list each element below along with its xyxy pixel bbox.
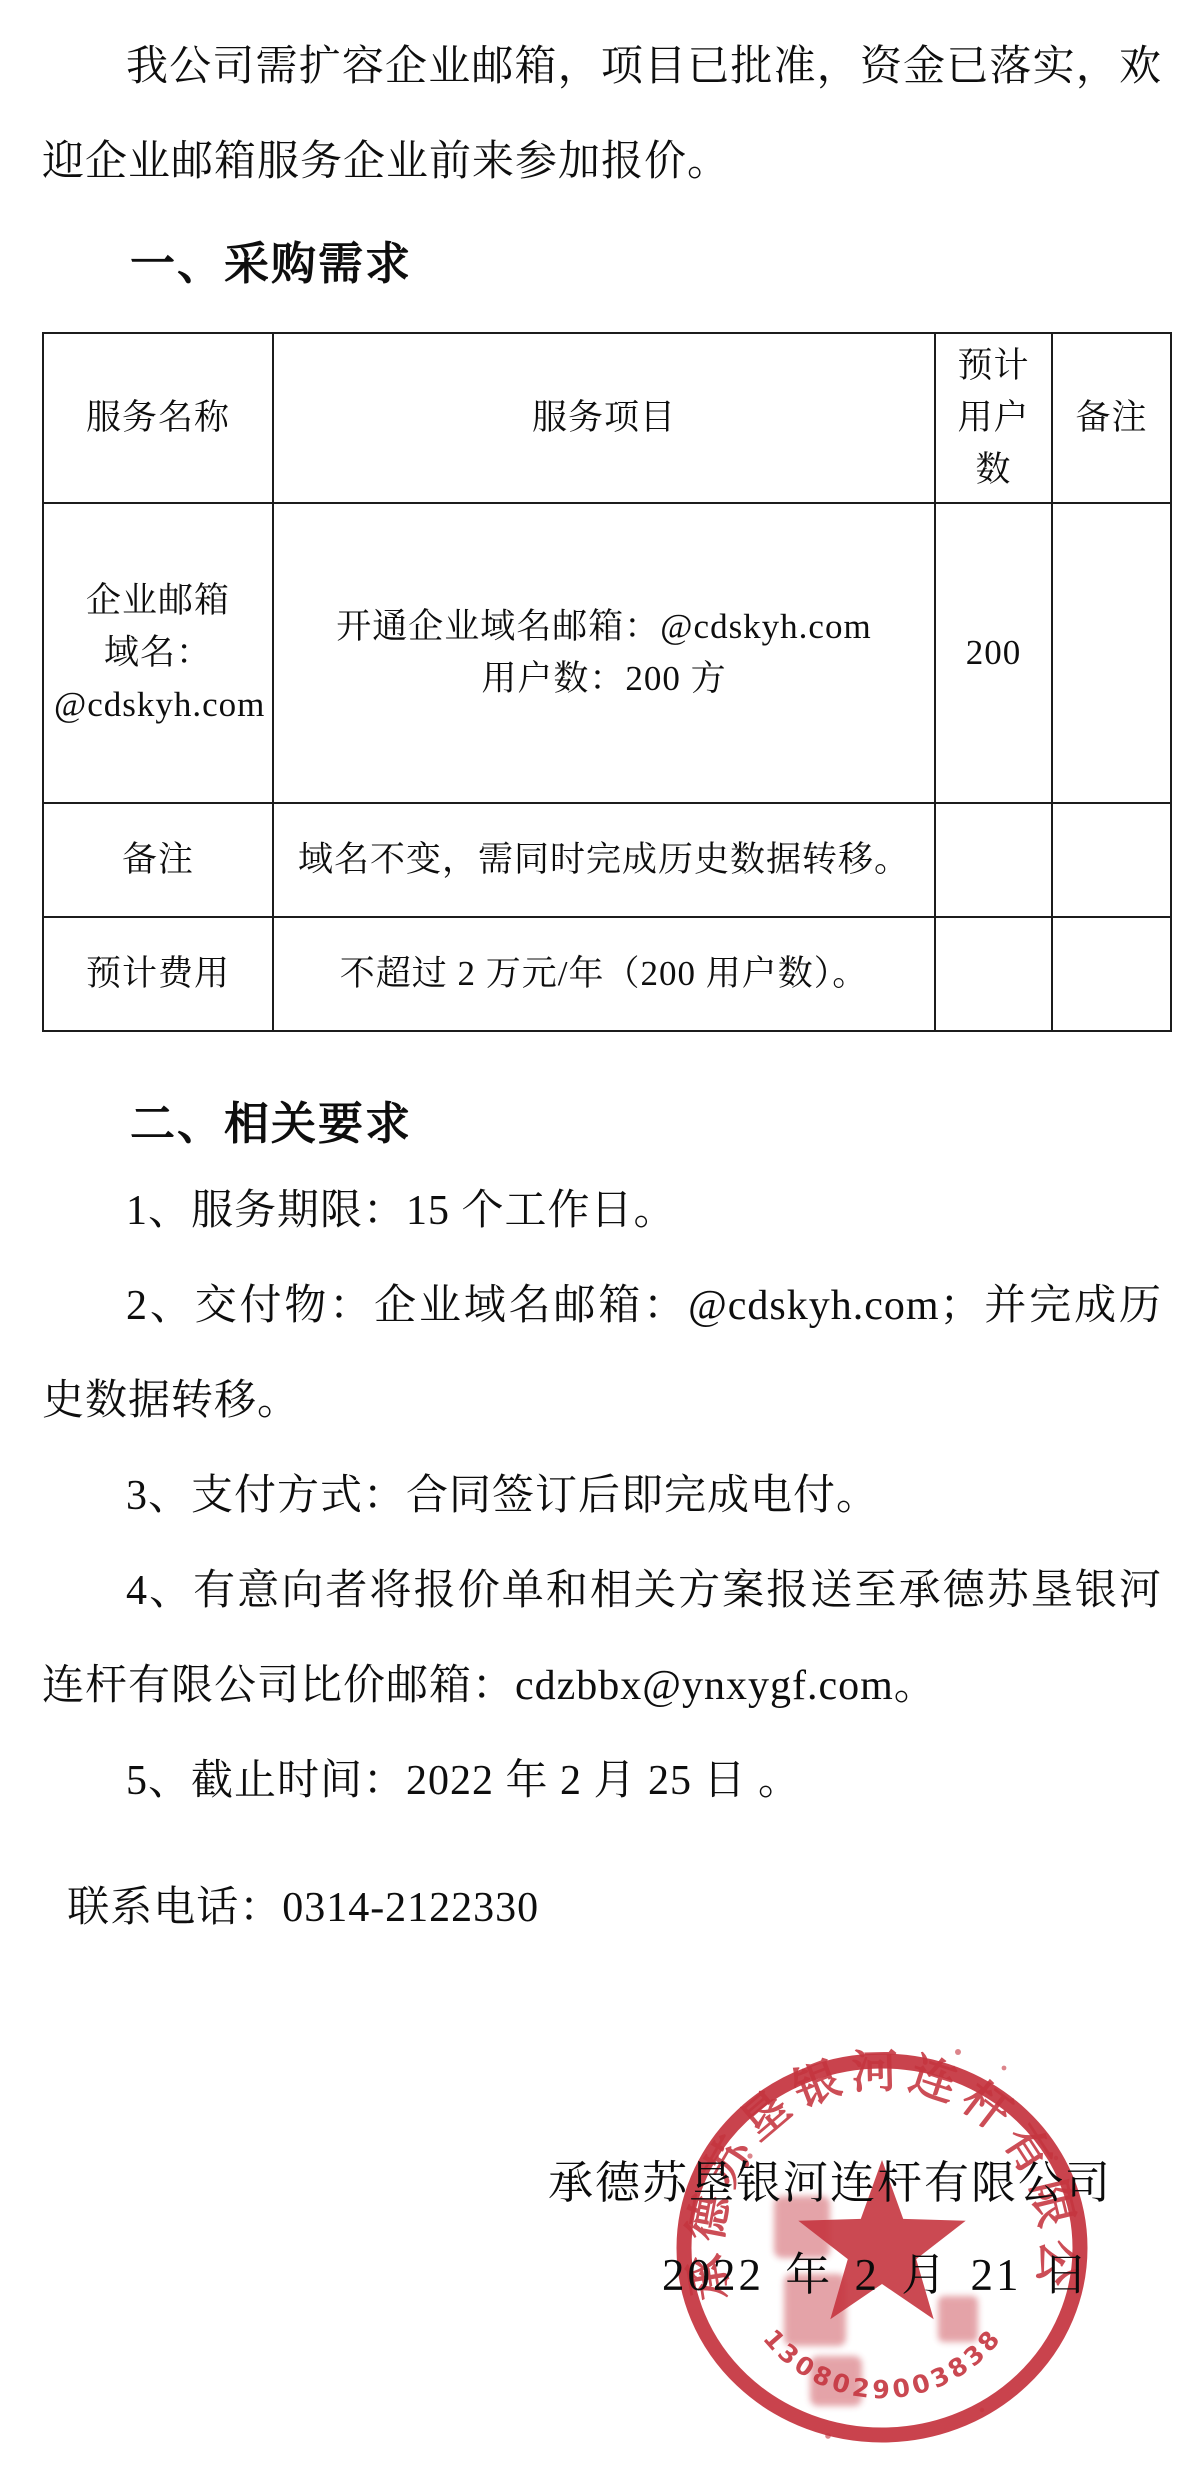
cell-service-project: 开通企业域名邮箱：@cdskyh.com 用户数：200 方	[273, 503, 935, 803]
document-body: 我公司需扩容企业邮箱，项目已批准，资金已落实，欢迎企业邮箱服务企业前来参加报价。…	[42, 0, 1162, 1956]
requirement-item-2: 2、交付物：企业域名邮箱：@cdskyh.com；并完成历史数据转移。	[42, 1259, 1162, 1449]
cell-service-name: 预计费用	[43, 917, 273, 1031]
header-remark: 备注	[1052, 333, 1171, 503]
header-service-name: 服务名称	[43, 333, 273, 503]
requirement-item-5: 5、截止时间：2022 年 2 月 25 日 。	[42, 1734, 1162, 1829]
contact-phone: 联系电话：0314-2122330	[42, 1861, 1162, 1956]
header-estimated-users: 预计 用户数	[935, 333, 1052, 503]
requirement-item-4: 4、有意向者将报价单和相关方案报送至承德苏垦银河连杆有限公司比价邮箱：cdzbb…	[42, 1544, 1162, 1734]
requirement-item-1: 1、服务期限：15 个工作日。	[42, 1164, 1162, 1259]
table-row: 企业邮箱 域名： @cdskyh.com 开通企业域名邮箱：@cdskyh.co…	[43, 503, 1171, 803]
procurement-table: 服务名称 服务项目 预计 用户数 备注 企业邮箱 域名： @cdskyh.com…	[42, 332, 1172, 1032]
section2-heading: 二、相关要求	[130, 1084, 1162, 1164]
section1-heading: 一、采购需求	[130, 224, 1162, 304]
cell-note	[1052, 803, 1171, 917]
table-header-row: 服务名称 服务项目 预计 用户数 备注	[43, 333, 1171, 503]
cell-users	[935, 917, 1052, 1031]
intro-paragraph: 我公司需扩容企业邮箱，项目已批准，资金已落实，欢迎企业邮箱服务企业前来参加报价。	[42, 0, 1162, 210]
cell-service-project: 域名不变，需同时完成历史数据转移。	[273, 803, 935, 917]
signature-company: 承德苏垦银河连杆有限公司	[548, 2146, 1112, 2211]
cell-users	[935, 803, 1052, 917]
header-service-project: 服务项目	[273, 333, 935, 503]
cell-note	[1052, 503, 1171, 803]
table-row: 预计费用 不超过 2 万元/年（200 用户数）。	[43, 917, 1171, 1031]
table-row: 备注 域名不变，需同时完成历史数据转移。	[43, 803, 1171, 917]
cell-service-name: 备注	[43, 803, 273, 917]
document-page: 我公司需扩容企业邮箱，项目已批准，资金已落实，欢迎企业邮箱服务企业前来参加报价。…	[0, 0, 1200, 2477]
cell-service-name: 企业邮箱 域名： @cdskyh.com	[43, 503, 273, 803]
cell-note	[1052, 917, 1171, 1031]
cell-users: 200	[935, 503, 1052, 803]
cell-service-project: 不超过 2 万元/年（200 用户数）。	[273, 917, 935, 1031]
signature-date: 2022 年 2 月 21 日	[662, 2238, 1091, 2303]
requirement-item-3: 3、支付方式：合同签订后即完成电付。	[42, 1449, 1162, 1544]
